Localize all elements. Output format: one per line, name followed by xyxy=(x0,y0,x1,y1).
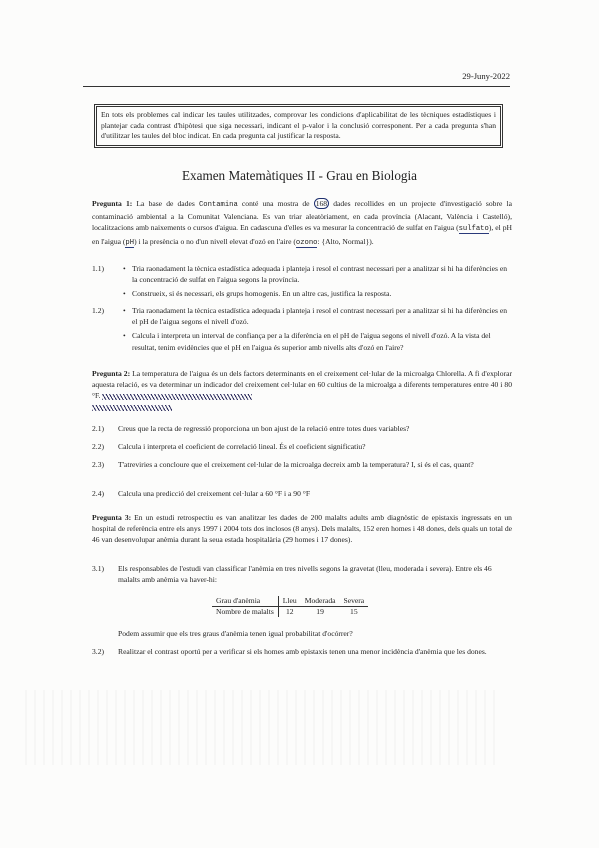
question-2-1: 2.1)Creus que la recta de regressió prop… xyxy=(92,423,512,434)
crossed-out-text xyxy=(92,405,172,411)
question-1-1: 1.1) Tria raonadament la tècnica estadís… xyxy=(92,263,512,300)
question-2-2: 2.2)Calcula i interpreta el coeficient d… xyxy=(92,441,512,452)
exam-title: Examen Matemàtiques II - Grau en Biologi… xyxy=(0,168,599,184)
exam-date: 29-Juny-2022 xyxy=(462,71,510,81)
question-2-4: 2.4)Calcula una predicció del creixement… xyxy=(92,488,512,499)
anemia-table: Grau d'anèmia Lleu Moderada Severa Nombr… xyxy=(212,596,368,617)
question-2-3: 2.3)T'atreviries a concloure que el crei… xyxy=(92,459,512,470)
question-3-statement: Pregunta 3: En un estudi retrospectiu es… xyxy=(92,512,512,546)
crossed-out-text xyxy=(102,394,252,400)
question-3-1: 3.1)Els responsables de l'estudi van cla… xyxy=(92,563,512,585)
exam-page: 29-Juny-2022 En tots els problemes cal i… xyxy=(0,0,599,848)
header-rule xyxy=(83,86,510,87)
bleed-through-shadow xyxy=(25,690,495,765)
question-3-1-followup: Podem assumir que els tres graus d'anèmi… xyxy=(92,628,512,639)
instructions-box: En tots els problemes cal indicar les ta… xyxy=(94,104,503,148)
question-1-statement: Pregunta 1: La base de dades Contamina c… xyxy=(92,198,512,249)
question-2-statement: Pregunta 2: La temperatura de l'aigua és… xyxy=(92,368,512,413)
circled-number: 168 xyxy=(314,198,329,209)
question-1-2: 1.2) Tria raonadament la tècnica estadís… xyxy=(92,305,512,353)
question-3-2: 3.2)Realitzar el contrast oportú per a v… xyxy=(92,646,512,657)
